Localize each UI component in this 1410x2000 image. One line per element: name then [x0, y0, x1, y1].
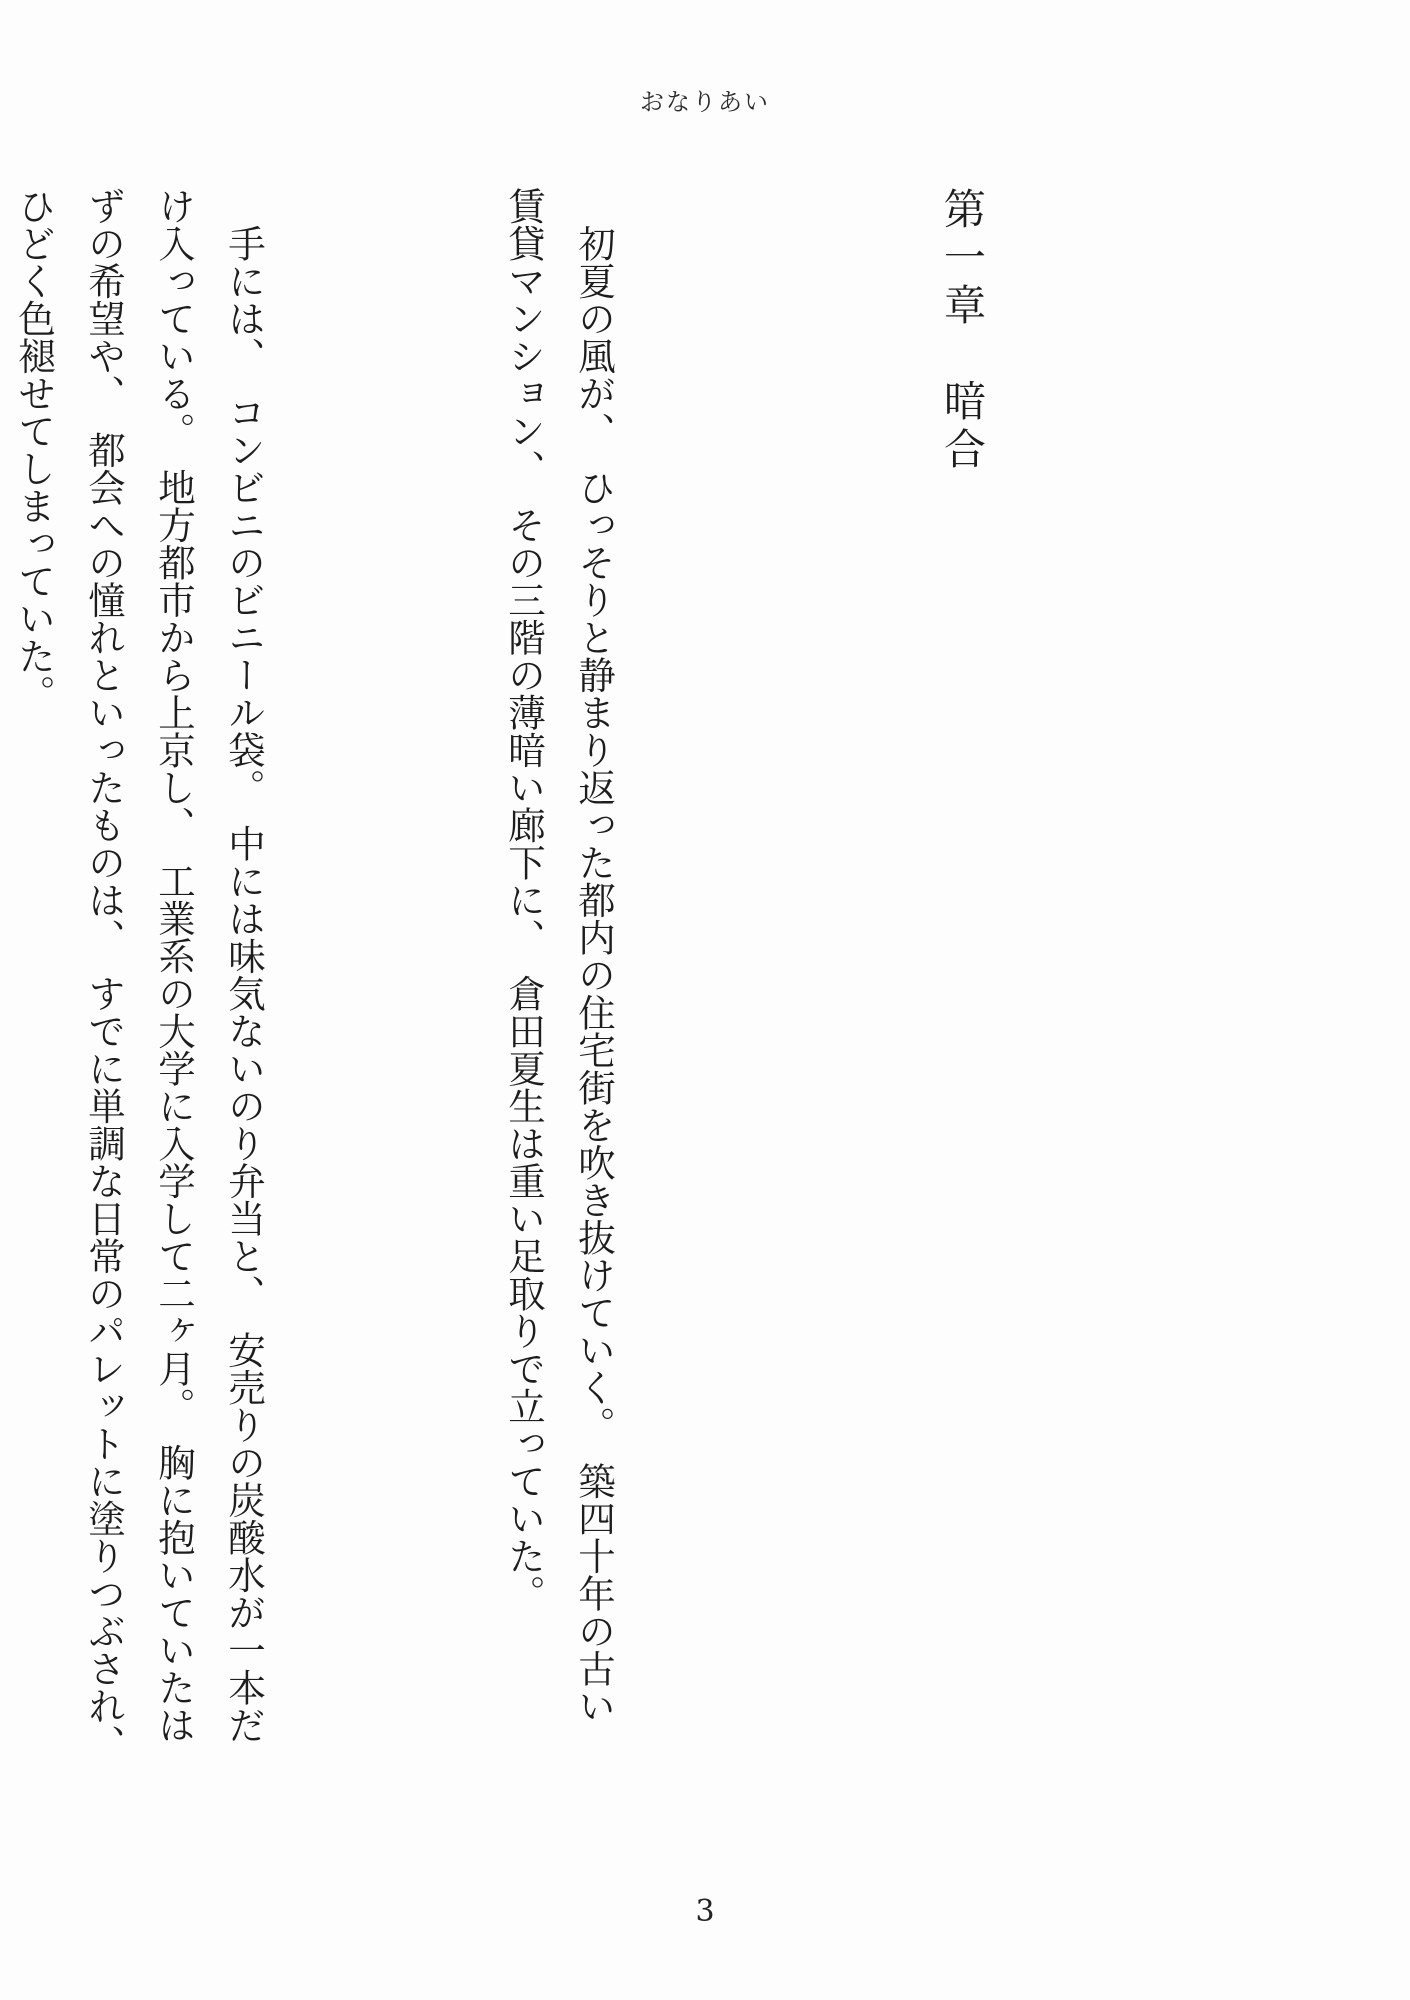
chapter-title: 第一章 暗合 — [927, 187, 997, 1847]
paragraph-2: 手には、 コンビニのビニール袋。 中には味気ないのり弁当と、 安売りの炭酸水が一… — [0, 187, 279, 1847]
paragraph-1: 初夏の風が、 ひっそりと静まり返った都内の住宅街を吹き抜けていく。 築四十年の古… — [489, 187, 629, 1847]
vertical-text-block: 第一章 暗合 初夏の風が、 ひっそりと静まり返った都内の住宅街を吹き抜けていく。… — [197, 187, 1137, 1847]
document-page: おなりあい 第一章 暗合 初夏の風が、 ひっそりと静まり返った都内の住宅街を吹き… — [0, 0, 1410, 2000]
page-number: 3 — [0, 1894, 1410, 1929]
running-header: おなりあい — [0, 82, 1410, 117]
